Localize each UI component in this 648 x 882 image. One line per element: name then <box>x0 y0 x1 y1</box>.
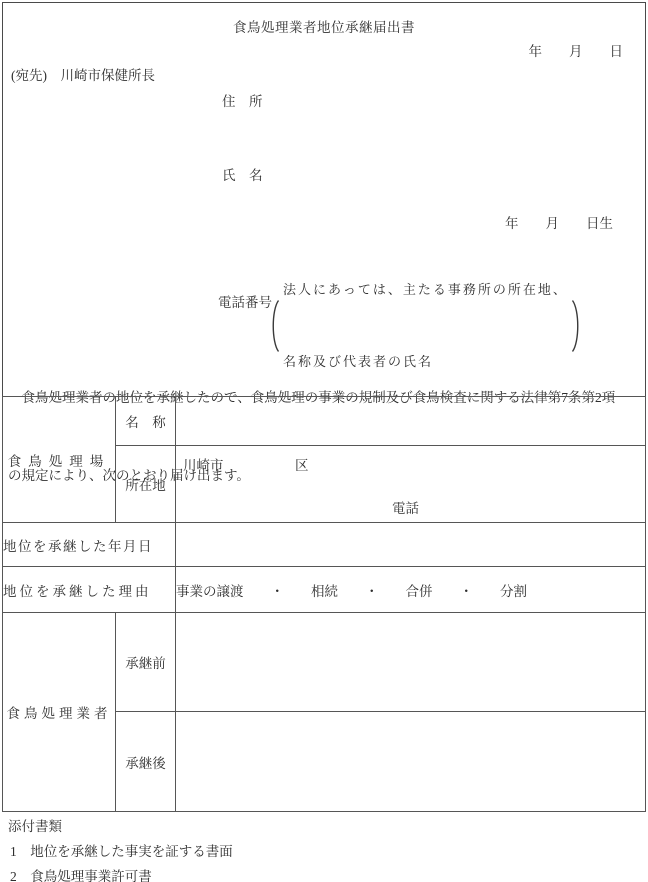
attachment-item-2: 2 食鳥処理事業許可書 <box>10 865 152 882</box>
after-succession-label-cell: 承継後 <box>116 712 176 812</box>
name-label: 氏 名 <box>222 164 263 184</box>
succession-reason-options-cell: 事業の譲渡 ・ 相続 ・ 合併 ・ 分割 <box>176 567 646 613</box>
succession-reason-label-cell: 地位を承継した理由 <box>3 567 176 613</box>
before-succession-label-cell: 承継前 <box>116 613 176 712</box>
corporate-note-line1: 法人にあっては、主たる事務所の所在地、 <box>283 278 568 302</box>
plant-name-label-cell: 名 称 <box>116 397 176 446</box>
before-succession-value-cell <box>176 613 646 712</box>
succession-date-value-cell <box>176 523 646 567</box>
address-phone-label: 電話 <box>392 497 419 517</box>
attachments-title: 添付書類 <box>8 815 62 835</box>
address-city-text: 川崎市 <box>183 454 224 474</box>
date-line: 年 月 日 <box>529 40 624 60</box>
operator-group-label-cell: 食鳥処理業者 <box>3 613 116 812</box>
plant-name-value-cell <box>176 397 646 446</box>
plant-address-label-cell: 所在地 <box>116 446 176 523</box>
plant-group-label-cell: 食鳥処理場 <box>3 397 116 523</box>
attachment-item-1: 1 地位を承継した事実を証する書面 <box>10 840 233 860</box>
addressee-line: (宛先) 川崎市保健所長 <box>11 64 155 84</box>
succession-date-label-cell: 地位を承継した年月日 <box>3 523 176 567</box>
birthdate-line: 年 月 日生 <box>505 212 613 232</box>
address-ward-text: 区 <box>295 454 309 474</box>
phone-label: 電話番号 <box>218 291 272 311</box>
plant-address-value-cell: 川崎市 区 電話 <box>176 446 646 523</box>
form-table: 食鳥処理場 名 称 所在地 川崎市 区 電話 地位を承継した年月日 地位を承継し… <box>2 396 646 812</box>
after-succession-value-cell <box>176 712 646 812</box>
page-title: 食鳥処理業者地位承継届出書 <box>0 16 648 36</box>
address-label: 住 所 <box>222 90 263 110</box>
form-page: 食鳥処理業者地位承継届出書 年 月 日 (宛先) 川崎市保健所長 住 所 氏 名… <box>0 0 648 882</box>
